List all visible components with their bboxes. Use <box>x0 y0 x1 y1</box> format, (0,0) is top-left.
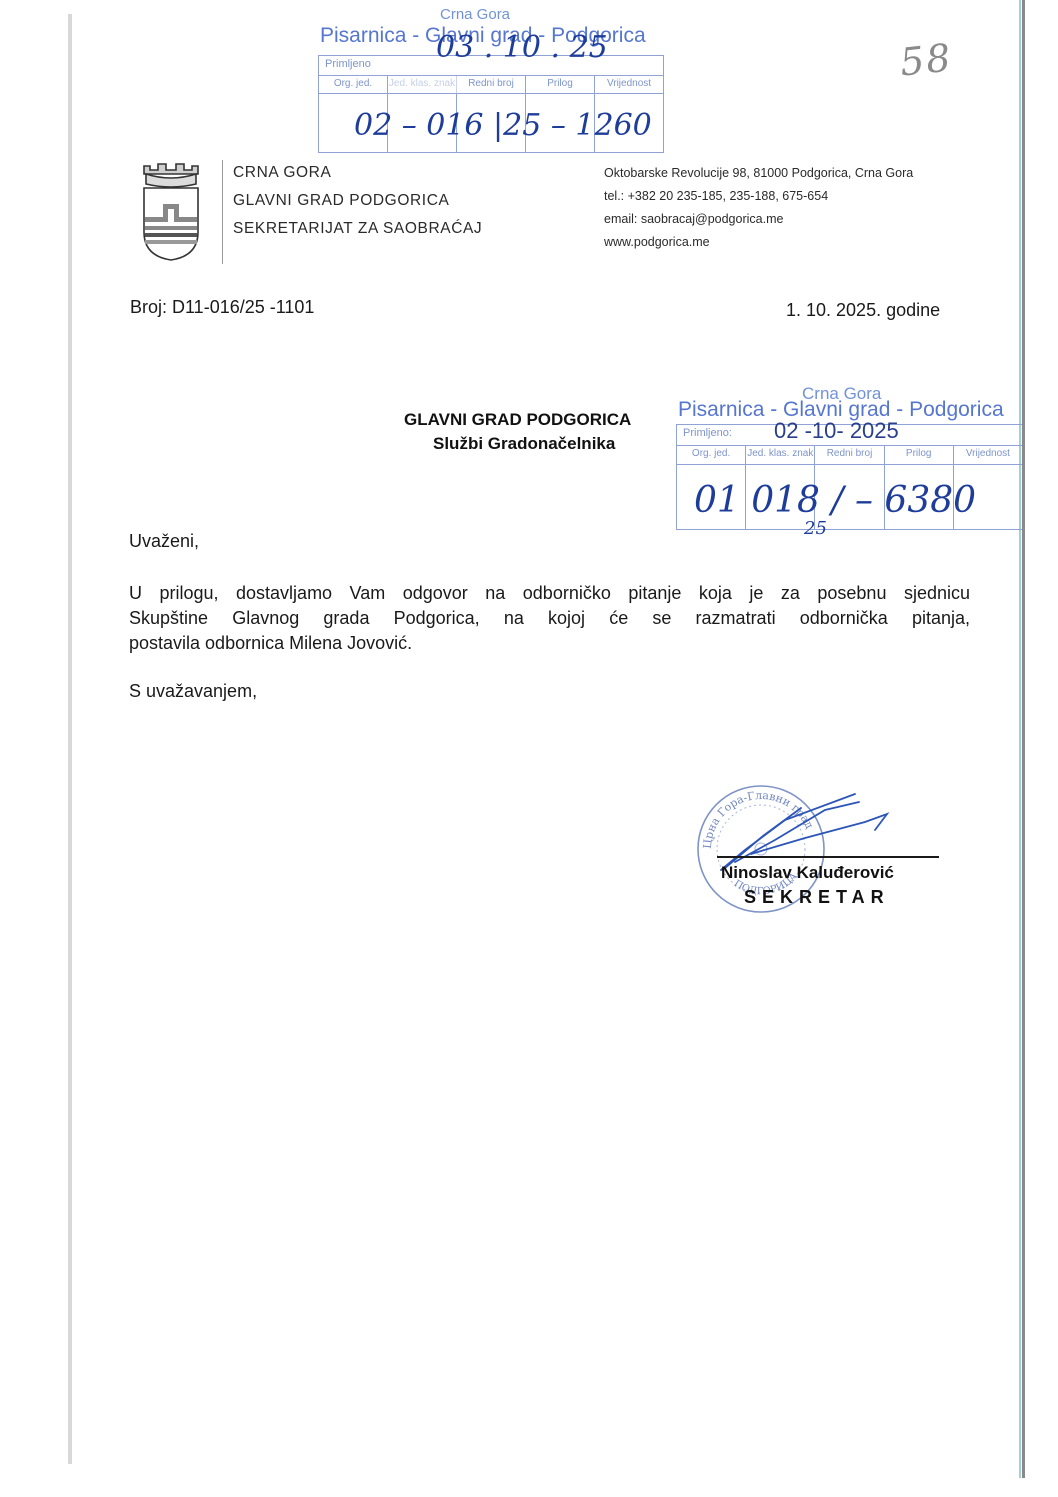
body-paragraph-line-3: postavila odbornica Milena Jovović. <box>129 630 412 656</box>
letterhead-department: SEKRETARIJAT ZA SAOBRAĆAJ <box>233 220 482 238</box>
salutation: Uvaženi, <box>129 528 199 554</box>
contact-email: email: saobracaj@podgorica.me <box>604 212 783 226</box>
stamp-col-vrijednost: Vrijednost <box>595 75 663 93</box>
letterhead-city: GLAVNI GRAD PODGORICA <box>233 192 449 210</box>
signatory-name: Ninoslav Kaluđerović <box>721 863 894 883</box>
stamp-col-org: Org. jed. <box>677 445 746 464</box>
contact-phone: tel.: +382 20 235-185, 235-188, 675-654 <box>604 189 828 203</box>
stamp-col-vrijednost: Vrijednost <box>954 445 1022 464</box>
letterhead-divider <box>222 160 223 264</box>
stamp-col-redni: Redni broj <box>815 445 884 464</box>
stamp-registry-year: 25 <box>804 518 827 539</box>
stamp-received-label: Primljeno: <box>683 427 732 439</box>
stamp-received-date: 03 . 10 . 25 <box>436 30 608 65</box>
stamp-received-date: 02 -10- 2025 <box>774 418 899 444</box>
stamp-col-prilog: Prilog <box>885 445 954 464</box>
stamp-col-prilog: Prilog <box>526 75 595 93</box>
signatory-title: SEKRETAR <box>744 887 890 908</box>
stamp-registry-number: 01 018 / – 6380 <box>694 480 976 521</box>
coat-of-arms-emblem <box>140 160 202 262</box>
body-paragraph-line-1: U prilogu, dostavljamo Vam odgovor na od… <box>129 580 970 606</box>
stamp-registry-number: 02 – 016 |25 – 1260 <box>354 108 652 143</box>
page-annotation: 58 <box>898 35 955 84</box>
signature-line <box>717 856 939 858</box>
stamp-col-redni: Redni broj <box>457 75 526 93</box>
stamp-col-klas: Jed. klas. znak <box>388 75 457 93</box>
stamp-received-label: Primljeno <box>325 58 371 70</box>
contact-website: www.podgorica.me <box>604 235 710 249</box>
recipient-organization: GLAVNI GRAD PODGORICA <box>404 410 631 430</box>
contact-address: Oktobarske Revolucije 98, 81000 Podgoric… <box>604 166 913 180</box>
scan-right-edge <box>1019 0 1021 1478</box>
stamp-col-klas: Jed. klas. znak <box>746 445 815 464</box>
reference-number: Broj: D11-016/25 -1101 <box>130 297 314 318</box>
letterhead-country: CRNA GORA <box>233 164 331 182</box>
registry-stamp-second: Crna Gora Pisarnica - Glavni grad - Podg… <box>676 380 1036 550</box>
scan-left-edge <box>68 14 72 1464</box>
scan-right-edge-shadow <box>1022 0 1025 1478</box>
registry-stamp-top: Crna Gora Pisarnica - Glavni grad - Podg… <box>318 0 668 160</box>
recipient-office: Službi Gradonačelnika <box>433 434 615 454</box>
document-date: 1. 10. 2025. godine <box>786 300 940 321</box>
stamp-country: Crna Gora <box>440 6 510 23</box>
closing: S uvažavanjem, <box>129 678 257 704</box>
body-paragraph-line-2: Skupštine Glavnog grada Podgorica, na ko… <box>129 605 970 631</box>
stamp-col-org: Org. jed. <box>319 75 388 93</box>
